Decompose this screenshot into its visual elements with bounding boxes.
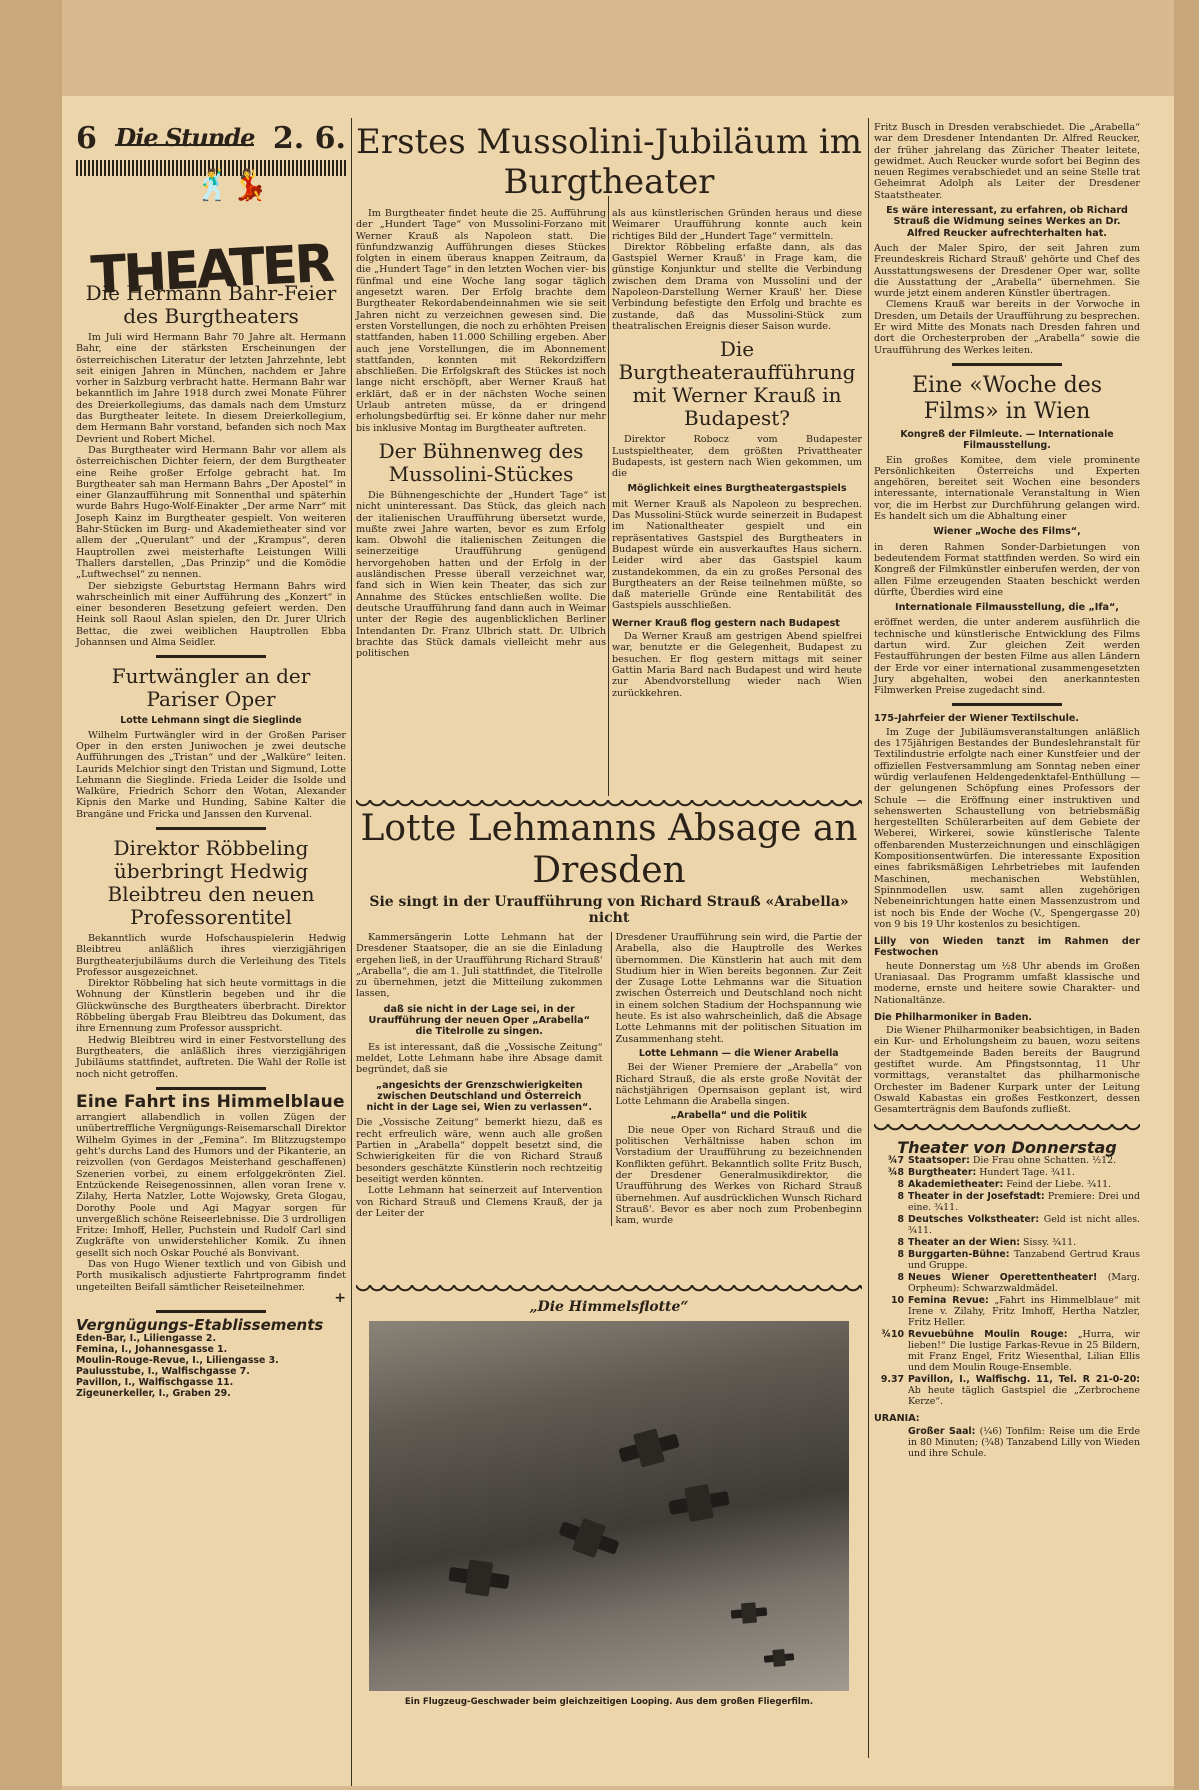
divider xyxy=(952,363,1062,366)
subheadline: „Arabella“ und die Politik xyxy=(616,1110,863,1121)
program-time: 8 xyxy=(874,1214,908,1236)
biplane-icon xyxy=(448,1567,509,1589)
paragraph: Bekanntlich wurde Hofschauspielerin Hedw… xyxy=(76,933,346,978)
page-number: 6 xyxy=(76,133,97,144)
urania-heading: URANIA: xyxy=(874,1413,1140,1424)
paragraph: Wilhelm Furtwängler wird in der Großen P… xyxy=(76,730,346,820)
headline-lehmann: Lotte Lehmanns Absage an Dresden xyxy=(356,808,862,892)
paragraph: Lotte Lehmann hat seinerzeit auf Interve… xyxy=(356,1185,603,1219)
column-rule xyxy=(351,118,352,1786)
paragraph: Da Werner Krauß am gestrigen Abend spiel… xyxy=(612,631,862,699)
page-edge-left xyxy=(0,0,62,1790)
masthead: 6 Die Stunde 2. 6. xyxy=(76,120,346,158)
subheadline: Kongreß der Filmleute. — Internationale … xyxy=(874,429,1140,452)
airplane-photo xyxy=(369,1321,849,1691)
subheadline-lehmann: Sie singt in der Uraufführung von Richar… xyxy=(356,894,862,926)
issue-date: 2. 6. xyxy=(273,133,346,144)
program-row: 8Deutsches Volkstheater: Geld ist nicht … xyxy=(874,1214,1140,1236)
program-venue: Pavillon, I., Walfischg. 11, Tel. R 21-0… xyxy=(908,1374,1140,1385)
program-row: 8Theater an der Wien: Sissy. ¾11. xyxy=(874,1237,1140,1248)
column-mid-right: als aus künstlerischen Gründen heraus un… xyxy=(612,208,862,699)
divider xyxy=(156,1087,266,1090)
subheadline: Werner Krauß flog gestern nach Budapest xyxy=(612,618,862,629)
theater-program-list: ¾7Staatsoper: Die Frau ohne Schatten. ½1… xyxy=(874,1155,1140,1407)
program-venue: Revuebühne Moulin Rouge: xyxy=(908,1329,1067,1340)
divider xyxy=(156,1310,266,1313)
list-item: Moulin-Rouge-Revue, I., Liliengasse 3. xyxy=(76,1355,346,1366)
bold-callout: Internationale Filmausstellung, die „Ifa… xyxy=(880,602,1134,613)
program-row: ¾7Staatsoper: Die Frau ohne Schatten. ½1… xyxy=(874,1155,1140,1166)
program-time: 8 xyxy=(874,1249,908,1271)
dancing-couple-icon: 🕺💃 xyxy=(194,180,269,191)
program-text: Die Frau ohne Schatten. ½12. xyxy=(973,1155,1116,1166)
subheadline-textil: 175-Jahrfeier der Wiener Textilschule. xyxy=(874,713,1140,724)
program-text: Ab heute täglich Gastspiel die „Zerbroch… xyxy=(908,1385,1140,1407)
ornamental-divider xyxy=(356,1285,862,1295)
program-time: 8 xyxy=(874,1237,908,1248)
program-row: 8Burggarten-Bühne: Tanzabend Gertrud Kra… xyxy=(874,1249,1140,1271)
list-item: Eden-Bar, I., Liliengasse 2. xyxy=(76,1333,346,1344)
ornamental-divider xyxy=(874,1124,1140,1134)
bold-callout: Es wäre interessant, zu erfahren, ob Ric… xyxy=(880,205,1134,239)
paragraph: Direktor Robocz vom Budapester Lustspiel… xyxy=(612,434,862,479)
paragraph: Die Wiener Philharmoniker beabsichtigen,… xyxy=(874,1025,1140,1115)
program-venue: Theater in der Josefstadt: xyxy=(908,1191,1045,1202)
program-venue: Staatsoper: xyxy=(908,1155,970,1166)
paragraph: eröffnet werden, die unter anderem ausfü… xyxy=(874,617,1140,696)
program-time: ¾8 xyxy=(874,1167,908,1178)
program-row: 8Theater in der Josefstadt: Premiere: Dr… xyxy=(874,1191,1140,1213)
paragraph: Im Juli wird Hermann Bahr 70 Jahre alt. … xyxy=(76,332,346,445)
program-text: Hundert Tage. ¾11. xyxy=(979,1167,1075,1178)
paragraph: Ein großes Komitee, dem viele prominente… xyxy=(874,455,1140,523)
photo-title: „Die Himmelsflotte“ xyxy=(356,1299,862,1315)
biplane-icon xyxy=(558,1521,619,1555)
headline-buehnenweg: Der Bühnenweg des Mussolini-Stückes xyxy=(356,440,606,486)
photo-caption: Ein Flugzeug-Geschwader beim gleichzeiti… xyxy=(356,1697,862,1707)
paragraph: Der siebzigste Geburtstag Hermann Bahrs … xyxy=(76,581,346,649)
program-row: 8Akademietheater: Feind der Liebe. ¾11. xyxy=(874,1179,1140,1190)
paragraph: Fritz Busch in Dresden verabschiedet. Di… xyxy=(874,122,1140,201)
list-item: Pavillon, I., Walfischgasse 11. xyxy=(76,1377,346,1388)
divider xyxy=(156,827,266,830)
column-rule xyxy=(868,118,869,1758)
paragraph: Hedwig Bleibtreu wird in einer Festvorst… xyxy=(76,1035,346,1080)
photo-feature: „Die Himmelsflotte“ Ein Flugzeug-Geschwa… xyxy=(356,1295,862,1707)
paragraph: Die Bühnengeschichte der „Hundert Tage“ … xyxy=(356,490,606,659)
headline-film: Eine «Woche des Films» in Wien xyxy=(874,373,1140,425)
bold-callout: „angesichts der Grenzschwierigkeiten zwi… xyxy=(362,1080,597,1114)
list-item: Paulusstube, I., Walfischgasse 7. xyxy=(76,1366,346,1377)
biplane-icon xyxy=(731,1607,768,1619)
paragraph: Das von Hugo Wiener textlich und von Gib… xyxy=(76,1259,346,1293)
column-mid-left: Im Burgtheater findet heute die 25. Auff… xyxy=(356,208,606,659)
program-venue: Akademietheater: xyxy=(908,1179,1003,1190)
program-row: ¾10Revuebühne Moulin Rouge: „Hurra, wir … xyxy=(874,1329,1140,1373)
list-item: Zigeunerkeller, I., Graben 29. xyxy=(76,1388,346,1399)
theater-section-logo: 🕺💃 THEATER xyxy=(76,176,346,276)
paragraph: Auch der Maler Spiro, der seit Jahren zu… xyxy=(874,243,1140,299)
program-venue: Theater an der Wien: xyxy=(908,1237,1020,1248)
program-time: 9.37 xyxy=(874,1374,908,1407)
program-row: 8Neues Wiener Operettentheater! (Marg. O… xyxy=(874,1272,1140,1294)
headline-program: Theater von Donnerstag xyxy=(874,1142,1140,1153)
paragraph: heute Donnerstag um ½8 Uhr abends im Gro… xyxy=(874,961,1140,1006)
biplane-icon xyxy=(618,1433,680,1462)
paragraph: arrangiert allabendlich in vollen Zügen … xyxy=(76,1112,346,1259)
page-edge-right xyxy=(1174,0,1199,1790)
bold-callout: daß sie nicht in der Lage sei, in der Ur… xyxy=(362,1004,597,1038)
program-time: 10 xyxy=(874,1295,908,1328)
subheadline-lilly: Lilly von Wieden tanzt im Rahmen der Fes… xyxy=(874,936,1140,959)
newspaper-logo: Die Stunde xyxy=(115,132,254,145)
paragraph: Das Burgtheater wird Hermann Bahr vor al… xyxy=(76,445,346,581)
paragraph: Direktor Röbbeling hat sich heute vormit… xyxy=(76,978,346,1034)
paragraph: Die neue Oper von Richard Strauß und die… xyxy=(616,1125,863,1227)
subheadline: Lotte Lehmann singt die Sieglinde xyxy=(76,715,346,726)
program-text: Feind der Liebe. ¾11. xyxy=(1006,1179,1111,1190)
program-venue: Femina Revue: xyxy=(908,1295,989,1306)
program-venue: Neues Wiener Operettentheater! xyxy=(908,1272,1097,1283)
article-lehmann: Lotte Lehmanns Absage an Dresden Sie sin… xyxy=(356,808,862,1226)
column-right: Fritz Busch in Dresden verabschiedet. Di… xyxy=(874,122,1140,1460)
headline-budapest: Die Burgtheateraufführung mit Werner Kra… xyxy=(612,338,862,430)
divider xyxy=(952,703,1062,706)
headline-furtwaengler: Furtwängler an der Pariser Oper xyxy=(76,665,346,711)
program-venue: Burgtheater: xyxy=(908,1167,976,1178)
paragraph: Clemens Krauß war bereits in der Vorwoch… xyxy=(874,299,1140,355)
subheadline-phil: Die Philharmoniker in Baden. xyxy=(874,1012,1140,1023)
paragraph: Die „Vossische Zeitung“ bemerkt hiezu, d… xyxy=(356,1117,603,1185)
paragraph: Kammersängerin Lotte Lehmann hat der Dre… xyxy=(356,932,603,1000)
program-row: ¾8Burgtheater: Hundert Tage. ¾11. xyxy=(874,1167,1140,1178)
paragraph: Im Zuge der Jubiläumsveranstaltungen anl… xyxy=(874,727,1140,930)
paragraph: Bei der Wiener Premiere der „Arabella“ v… xyxy=(616,1062,863,1107)
headline-himmelblaue: Eine Fahrt ins Himmelblaue xyxy=(76,1097,346,1108)
column-rule xyxy=(608,196,609,796)
headline-etablissements: Vergnügungs-Etablissements xyxy=(76,1320,346,1331)
paragraph: Dresdener Uraufführung sein wird, die Pa… xyxy=(616,932,863,1045)
headline-mussolini: Erstes Mussolini-Jubiläum im Burgtheater xyxy=(356,122,862,202)
end-mark: + xyxy=(76,1293,346,1303)
column-left: 6 Die Stunde 2. 6. 🕺💃 THEATER Die Herman… xyxy=(76,120,346,1399)
program-time: ¾10 xyxy=(874,1329,908,1373)
program-venue: Deutsches Volkstheater: xyxy=(908,1214,1039,1225)
headline-roebbeling: Direktor Röbbeling überbringt Hedwig Ble… xyxy=(76,837,346,929)
etablissements-list: Eden-Bar, I., Liliengasse 2. Femina, I.,… xyxy=(76,1333,346,1399)
program-time: ¾7 xyxy=(874,1155,908,1166)
urania-row: Großer Saal: (¼6) Tonfilm: Reise um die … xyxy=(874,1426,1140,1459)
paragraph: Es ist interessant, daß die „Vossische Z… xyxy=(356,1042,603,1076)
program-venue: Burggarten-Bühne: xyxy=(908,1249,1010,1260)
paragraph: mit Werner Krauß als Napoleon zu besprec… xyxy=(612,499,862,612)
bold-callout: Wiener „Woche des Films“, xyxy=(880,526,1134,537)
program-time: 8 xyxy=(874,1179,908,1190)
program-time: 8 xyxy=(874,1191,908,1213)
paragraph: in deren Rahmen Sonder-Darbietungen von … xyxy=(874,542,1140,598)
biplane-icon xyxy=(764,1653,794,1663)
program-row: 9.37Pavillon, I., Walfischg. 11, Tel. R … xyxy=(874,1374,1140,1407)
bold-callout: Möglichkeit eines Burgtheatergastspiels xyxy=(618,483,856,494)
divider xyxy=(156,655,266,658)
program-row: 10Femina Revue: „Fahrt ins Himmelblaue“ … xyxy=(874,1295,1140,1328)
paragraph: Im Burgtheater findet heute die 25. Auff… xyxy=(356,208,606,434)
subheadline: Lotte Lehmann — die Wiener Arabella xyxy=(616,1048,863,1059)
paragraph: Direktor Röbbeling erfaßte dann, als das… xyxy=(612,242,862,332)
program-text: Sissy. ¾11. xyxy=(1023,1237,1076,1248)
list-item: Femina, I., Johannesgasse 1. xyxy=(76,1344,346,1355)
biplane-icon xyxy=(668,1491,730,1515)
paragraph: als aus künstlerischen Gründen heraus un… xyxy=(612,208,862,242)
program-time: 8 xyxy=(874,1272,908,1294)
